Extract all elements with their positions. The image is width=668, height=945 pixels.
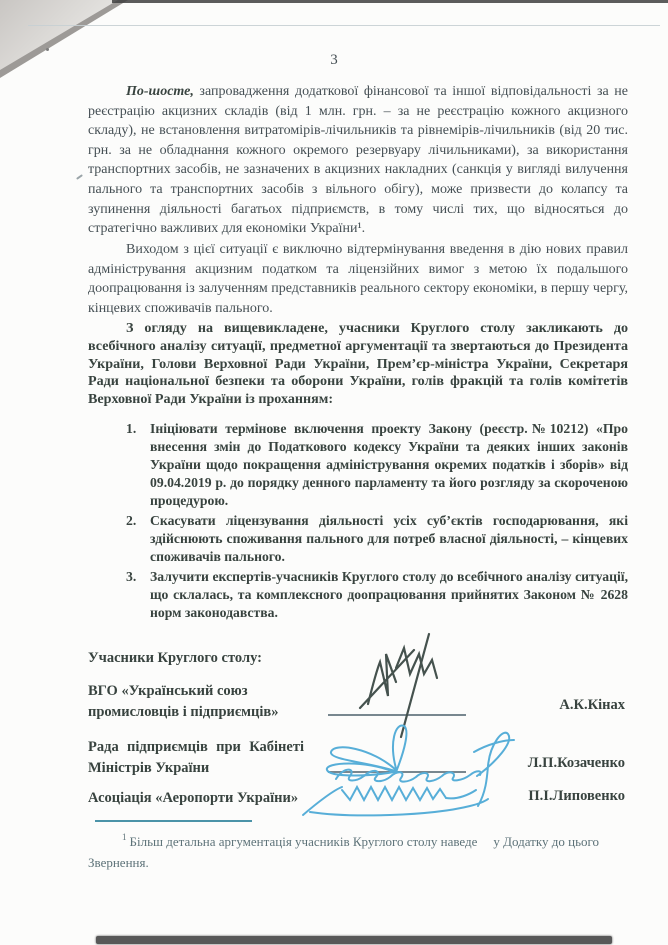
list-item-text: Ініціювати термінове включення проекту З…	[150, 421, 628, 508]
footnote-text-start: Більш детальна аргументація учасників Кр…	[130, 834, 478, 849]
scan-speck	[46, 48, 49, 51]
list-item: 1. Ініціювати термінове включення проект…	[88, 420, 628, 510]
paragraph-vykhodom: Виходом з цієї ситуації є виключно відте…	[88, 240, 628, 318]
signatory-name-kinakh: А.К.Кінах	[559, 697, 625, 714]
list-item-number: 3.	[126, 568, 136, 586]
list-item: 3. Залучити експертів-учасників Круглого…	[88, 568, 628, 622]
scan-streak-line	[28, 25, 660, 26]
paragraph-po-shoste: По-шосте, запровадження додаткової фінан…	[88, 82, 628, 239]
signature-line	[328, 714, 466, 716]
scan-speck	[76, 174, 83, 180]
signatory-name-kozachenko: Л.П.Козаченко	[528, 755, 625, 772]
list-item: 2. Скасувати ліцензування діяльності усі…	[88, 512, 628, 566]
paragraph-body-text: запровадження додаткової фінансової та і…	[88, 84, 628, 236]
footnote: 1Більш детальна аргументація учасників К…	[88, 827, 628, 873]
paragraph-appeal: З огляду на вищевикладене, учасники Круг…	[88, 320, 628, 409]
signatory-org-airports: Асоціація «Аеропорти України»	[88, 788, 348, 809]
page-number: 3	[0, 52, 668, 69]
scan-top-edge-line	[112, 0, 668, 3]
list-item-text: Залучити експертів-учасників Круглого ст…	[150, 569, 628, 620]
scan-bottom-edge-bar	[96, 936, 612, 944]
document-page: 3 По-шосте, запровадження додаткової фін…	[0, 0, 668, 945]
demand-list: 1. Ініціювати термінове включення проект…	[88, 420, 628, 624]
signatory-org-uspp: ВГО «Український союз промисловців і під…	[88, 681, 302, 723]
paragraph-lead-bold-italic: По-шосте,	[126, 84, 194, 99]
signature-kinakh-ink	[360, 634, 437, 737]
footnote-separator-rule	[95, 820, 252, 822]
signatory-org-council: Рада підприємців при Кабінеті Міністрів …	[88, 737, 304, 779]
footnote-marker: 1	[122, 832, 127, 842]
signature-kozachenko-ink	[327, 725, 514, 806]
list-item-text: Скасувати ліцензування діяльності усіх с…	[150, 513, 628, 564]
signatories-heading: Учасники Круглого столу:	[88, 650, 262, 667]
signature-line	[328, 771, 466, 773]
list-item-number: 2.	[126, 512, 136, 530]
list-item-number: 1.	[126, 420, 136, 438]
signatory-name-lypovenko: П.І.Липовенко	[528, 788, 625, 805]
